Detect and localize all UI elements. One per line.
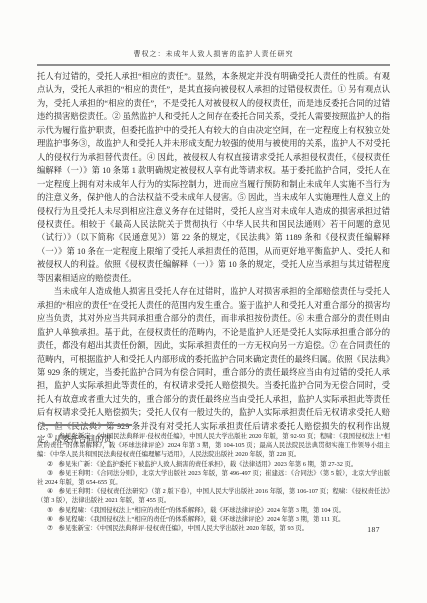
footnote-marker: ②	[47, 461, 53, 468]
footnote-text: 参见王利明：《合同法分则》，北京大学出版社 2023 年版，第 496-497 …	[37, 470, 390, 486]
footnote-marker: ③	[47, 470, 53, 477]
body-text: 托人有过错的，受托人承担“相应的责任”。显然，本条规定并没有明确受托人责任的性质…	[37, 70, 390, 447]
footnote-separator	[42, 424, 132, 426]
footnotes-block: ①参见张新宝：《中国民法典释评·侵权责任编》，中国人民大学出版社 2020 年版…	[37, 432, 390, 533]
footnote-item: ⑦参见张新宝：《中国民法典释评·侵权责任编》，中国人民大学出版社 2020 年版…	[37, 524, 390, 533]
body-paragraph-1: 托人有过错的，受托人承担“相应的责任”。显然，本条规定并没有明确受托人责任的性质…	[37, 70, 390, 285]
footnote-marker: ⑤	[47, 507, 53, 514]
footnote-item: ⑥参见程啸：《我国侵权法上“相应的责任”的体系解释》，载《环球法律评论》2024…	[37, 515, 390, 524]
footnote-item: ①参见张新宝：《中国民法典释评·侵权责任编》，中国人民大学出版社 2020 年版…	[37, 432, 390, 460]
footnote-item: ③参见王利明：《合同法分则》，北京大学出版社 2023 年版，第 496-497…	[37, 469, 390, 487]
running-head: 曹权之：未成年人致人损害的监护人责任研究	[0, 49, 427, 59]
footnote-marker: ①	[47, 433, 53, 440]
header-rule	[37, 64, 390, 66]
page-number: 187	[367, 525, 380, 534]
footnote-item: ②参见朱广新：《论监护委托下被监护人致人损害的责任承担》，载《法律适用》2023…	[37, 460, 390, 469]
footnote-text: 参见张新宝：《中国民法典释评·侵权责任编》，中国人民大学出版社 2020 年版，…	[59, 525, 309, 532]
footnote-text: 参见程啸：《我国侵权法上“相应的责任”的体系解释》，载《环球法律评论》2024 …	[59, 516, 345, 523]
footnote-marker: ⑦	[47, 525, 53, 532]
footnote-text: 参见程啸：《我国侵权法上“相应的责任”的体系解释》，载《环球法律评论》2024 …	[59, 507, 345, 514]
footnote-item: ④参见王利明：《侵权责任法研究》（第 2 版下卷），中国人民大学出版社 2016…	[37, 487, 390, 505]
paper-page: 曹权之：未成年人致人损害的监护人责任研究 托人有过错的，受托人承担“相应的责任”…	[0, 0, 427, 603]
footnote-marker: ⑥	[47, 516, 53, 523]
footnote-text: 参见王利明：《侵权责任法研究》（第 2 版下卷），中国人民大学出版社 2016 …	[37, 488, 390, 504]
body-paragraph-2: 当未成年人造成他人损害且受托人存在过错时，监护人对损害承担的全部赔偿责任与受托人…	[37, 285, 390, 446]
footnote-text: 参见朱广新：《论监护委托下被监护人致人损害的责任承担》，载《法律适用》2023 …	[59, 461, 358, 468]
footnote-marker: ④	[47, 488, 53, 495]
footnote-item: ⑤参见程啸：《我国侵权法上“相应的责任”的体系解释》，载《环球法律评论》2024…	[37, 506, 390, 515]
footnote-text: 参见张新宝：《中国民法典释评·侵权责任编》，中国人民大学出版社 2020 年版，…	[37, 433, 390, 458]
